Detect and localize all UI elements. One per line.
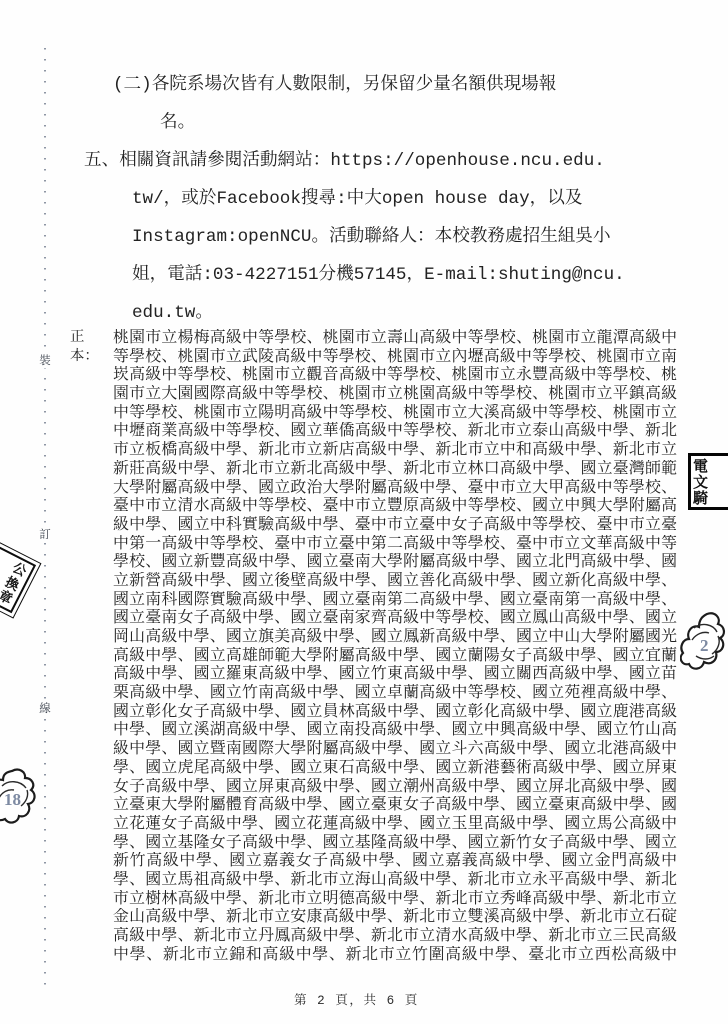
page-footer: 第 2 頁，共 6 頁: [294, 989, 419, 1008]
binding-mark-ding: 訂: [37, 528, 53, 542]
notice-line: edu.tw。: [0, 294, 700, 332]
recipients-line: 中等學校、桃園市立陽明高級中等學校、桃園市立大溪高級中等學校、桃園市立: [113, 404, 677, 423]
exchange-seal-text-row: 電子: [693, 459, 728, 475]
recipients-line: 立花蓮女子高級中學、國立花蓮高級中學、國立玉里高級中學、國立馬公高級中: [113, 815, 677, 834]
document-exchange-square-stamp: 文公交換縫章: [0, 539, 36, 613]
binding-mark-zhuang: 裝: [37, 354, 53, 368]
recipients-line: 中壢商業高級中等學校、國立華僑高級中等學校、新北市立泰山高級中學、新北: [113, 422, 677, 441]
recipients-line: 立新營高級中學、國立後壁高級中學、國立善化高級中學、國立新化高級中學、: [113, 572, 677, 591]
recipients-line: 崁高級中等學校、桃園市立觀音高級中等學校、桃園市立永豐高級中等學校、桃: [113, 366, 677, 385]
recipients-line: 中學、新北市立錦和高級中學、新北市立竹圍高級中學、臺北市立西松高級中: [113, 946, 677, 965]
recipients-line: 市立樹林高級中學、新北市立明德高級中學、新北市立秀峰高級中學、新北市立: [113, 890, 677, 909]
recipients-label: 正本：: [70, 329, 113, 366]
electronic-exchange-seal-stamp: 電子文交騎縫: [688, 453, 728, 510]
seal-number-left: 18: [4, 790, 21, 810]
recipients-line: 國立彰化女子高級中學、國立員林高級中學、國立彰化高級中學、國立鹿港高級: [113, 703, 677, 722]
exchange-seal-text-row: 文交: [693, 475, 728, 491]
recipients-list: 桃園市立楊梅高級中等學校、桃園市立壽山高級中等學校、桃園市立龍潭高級中等學校、桃…: [113, 329, 677, 964]
recipients-line: 新莊高級中學、新北市立新北高級中學、新北市立林口高級中學、國立臺灣師範: [113, 460, 677, 479]
recipients-line: 金山高級中學、新北市立安康高級中學、新北市立雙溪高級中學、新北市立石碇: [113, 908, 677, 927]
recipients-line: 學、國立虎尾高級中學、國立東石高級中學、國立新港藝術高級中學、國立屏東: [113, 759, 677, 778]
recipients-line: 國立南科國際實驗高級中學、國立臺南第二高級中學、國立臺南第一高級中學、: [113, 591, 677, 610]
recipients-line: 臺中市立清水高級中等學校、臺中市立豐原高級中等學校、國立中興大學附屬高: [113, 497, 677, 516]
notice-line: 名。: [0, 104, 700, 142]
recipients-line: 中第一高級中等學校、臺中市立臺中第二高級中等學校、臺中市立文華高級中等: [113, 535, 677, 554]
recipients-block: 正本： 桃園市立楊梅高級中等學校、桃園市立壽山高級中等學校、桃園市立龍潭高級中等…: [70, 329, 680, 964]
recipients-line: 高級中學、國立高雄師範大學附屬高級中學、國立蘭陽女子高級中學、國立宜蘭: [113, 647, 677, 666]
recipients-line: 市立板橋高級中學、新北市立新店高級中學、新北市立中和高級中學、新北市立: [113, 441, 677, 460]
recipients-line: 級中學、國立中科實驗高級中學、臺中市立臺中女子高級中等學校、臺中市立臺: [113, 516, 677, 535]
embossed-seal-left: 18: [0, 766, 40, 836]
recipients-line: 園市立大園國際高級中等學校、桃園市立桃園高級中等學校、桃園市立平鎮高級: [113, 385, 677, 404]
recipients-line: 國立臺南女子高級中學、國立臺南家齊高級中等學校、國立鳳山高級中學、國立: [113, 609, 677, 628]
notice-line: 姐，電話:03-4227151分機57145，E-mail:shuting@nc…: [0, 256, 700, 294]
recipients-line: 大學附屬高級中學、國立政治大學附屬高級中學、臺中市立大甲高級中等學校、: [113, 479, 677, 498]
recipients-line: 立臺東大學附屬體育高級中學、國立臺東女子高級中學、國立臺東高級中學、國: [113, 796, 677, 815]
notice-line: Instagram:openNCU。活動聯絡人：本校教務處招生組吳小: [0, 218, 700, 256]
recipients-line: 高級中學、國立羅東高級中學、國立竹東高級中學、國立關西高級中學、國立苗: [113, 665, 677, 684]
recipients-line: 女子高級中學、國立屏東高級中學、國立潮州高級中學、國立屏北高級中學、國: [113, 778, 677, 797]
notice-line: 五、相關資訊請參閱活動網站：https://openhouse.ncu.edu.: [0, 142, 700, 180]
recipients-line: 栗高級中學、國立竹南高級中學、國立卓蘭高級中等學校、國立苑裡高級中學、: [113, 684, 677, 703]
notice-line: tw/，或於Facebook搜尋:中大open house day，以及: [0, 180, 700, 218]
document-page: 裝 訂 線 (二)各院系場次皆有人數限制，另保留少量名額供現場報名。五、相關資訊…: [0, 0, 728, 1024]
binding-mark-xian: 線: [37, 702, 53, 716]
exchange-seal-text-row: 騎縫: [693, 491, 728, 507]
recipients-line: 桃園市立楊梅高級中等學校、桃園市立壽山高級中等學校、桃園市立龍潭高級中: [113, 329, 677, 348]
notice-block: (二)各院系場次皆有人數限制，另保留少量名額供現場報名。五、相關資訊請參閱活動網…: [0, 66, 700, 332]
recipients-line: 學校、國立新豐高級中學、國立臺南大學附屬高級中學、國立北門高級中學、國: [113, 553, 677, 572]
embossed-seal-right: 2: [680, 610, 728, 684]
recipients-line: 新竹高級中學、國立嘉義女子高級中學、國立嘉義高級中學、國立金門高級中: [113, 852, 677, 871]
recipients-line: 中學、國立溪湖高級中學、國立南投高級中學、國立中興高級中學、國立竹山高: [113, 721, 677, 740]
recipients-line: 等學校、桃園市立武陵高級中等學校、桃園市立內壢高級中等學校、桃園市立南: [113, 348, 677, 367]
recipients-line: 高級中學、新北市立丹鳳高級中學、新北市立清水高級中學、新北市立三民高級: [113, 927, 677, 946]
notice-line: (二)各院系場次皆有人數限制，另保留少量名額供現場報: [0, 66, 700, 104]
recipients-line: 岡山高級中學、國立旗美高級中學、國立鳳新高級中學、國立中山大學附屬國光: [113, 628, 677, 647]
seal-number-right: 2: [700, 636, 709, 656]
recipients-line: 學、國立基隆女子高級中學、國立基隆高級中學、國立新竹女子高級中學、國立: [113, 834, 677, 853]
recipients-line: 級中學、國立暨南國際大學附屬高級中學、國立斗六高級中學、國立北港高級中: [113, 740, 677, 759]
recipients-line: 學、國立馬祖高級中學、新北市立海山高級中學、新北市立永平高級中學、新北: [113, 871, 677, 890]
